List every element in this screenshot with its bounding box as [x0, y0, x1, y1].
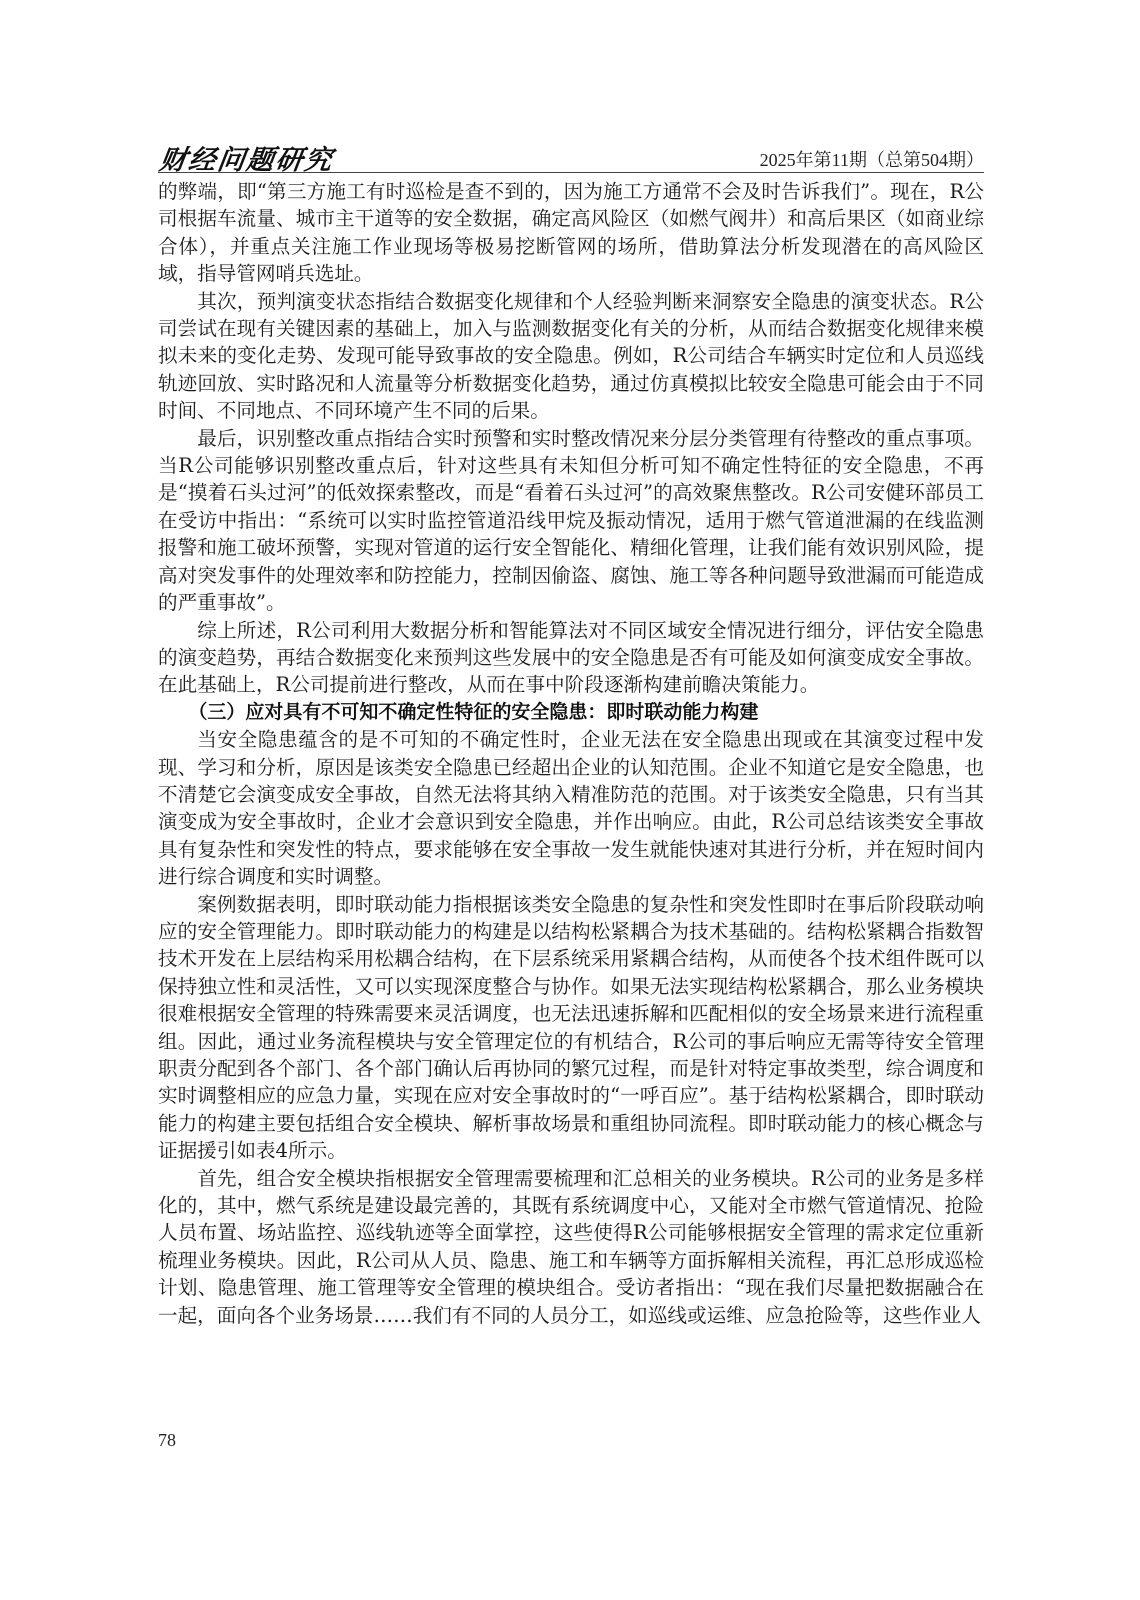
- paragraph-combine-modules: 首先，组合安全模块指根据安全管理需要梳理和汇总相关的业务模块。R公司的业务是多样…: [158, 1165, 984, 1329]
- paragraph-predict-evolution: 其次，预判演变状态指结合数据变化规律和个人经验判断来洞察安全隐患的演变状态。R公…: [158, 288, 984, 425]
- paragraph-summary: 综上所述，R公司利用大数据分析和智能算法对不同区域安全情况进行细分，评估安全隐患…: [158, 617, 984, 699]
- issue-info: 2025年第11期（总第504期）: [760, 146, 984, 172]
- section-heading: （三）应对具有不可知不确定性特征的安全隐患：即时联动能力构建: [158, 699, 984, 726]
- journal-title: 财经问题研究: [157, 138, 336, 177]
- paragraph-identify-rectification: 最后，识别整改重点指结合实时预警和实时整改情况来分层分类管理有待整改的重点事项。…: [158, 425, 984, 617]
- running-header: 财经问题研究 2025年第11期（总第504期）: [158, 138, 984, 173]
- paragraph-unknowable-uncertainty: 当安全隐患蕴含的是不可知的不确定性时，企业无法在安全隐患出现或在其演变过程中发现…: [158, 726, 984, 890]
- paragraph-continuation: 的弊端，即“第三方施工有时巡检是查不到的，因为施工方通常不会及时告诉我们”。现在…: [158, 178, 984, 288]
- article-body: 的弊端，即“第三方施工有时巡检是查不到的，因为施工方通常不会及时告诉我们”。现在…: [158, 178, 984, 1329]
- paragraph-instant-linkage: 案例数据表明，即时联动能力指根据该类安全隐患的复杂性和突发性即时在事后阶段联动响…: [158, 891, 984, 1165]
- page-number: 78: [158, 1430, 176, 1451]
